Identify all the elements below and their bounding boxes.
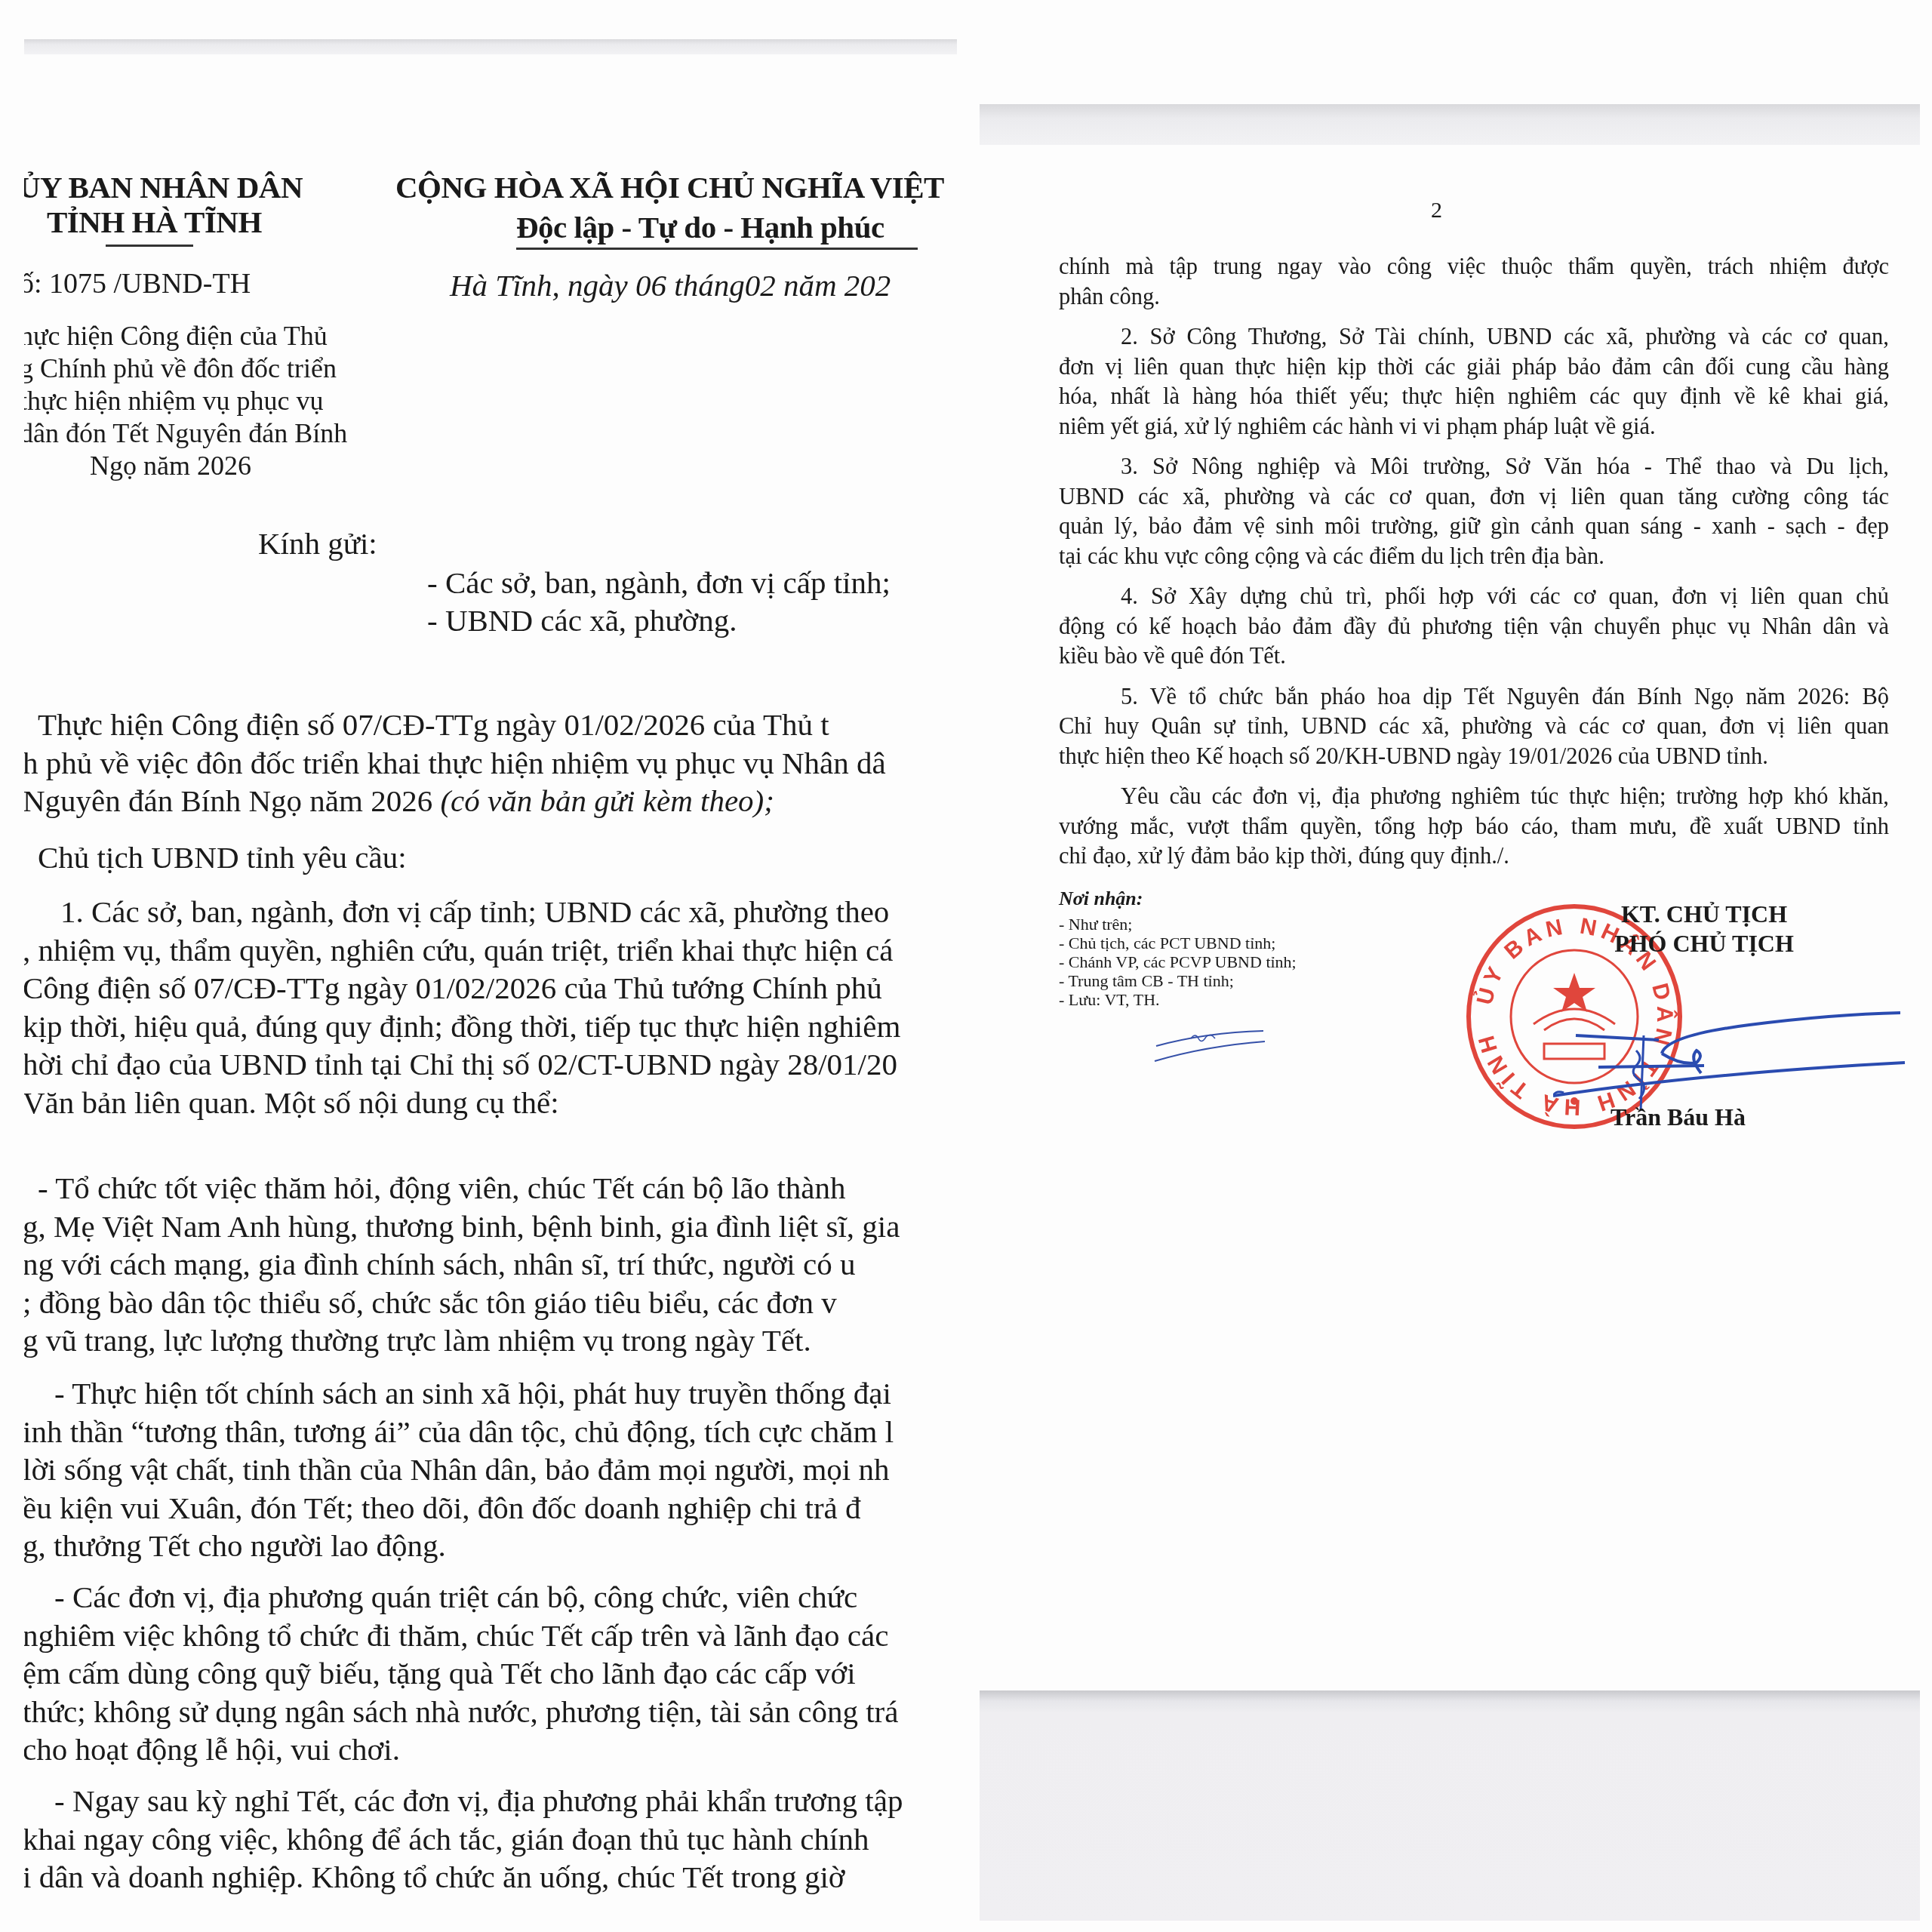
- issuer-underline: [106, 245, 193, 247]
- issuer-province: TỈNH HÀ TĨNH: [47, 204, 262, 240]
- document-number: ố: 1075 /UBND-TH: [24, 267, 251, 300]
- page-number: 2: [1431, 198, 1442, 223]
- bullet-line: khai ngay công việc, không để ách tắc, g…: [24, 1821, 869, 1857]
- national-motto: Độc lập - Tự do - Hạnh phúc: [516, 209, 884, 245]
- bullet-line: nghiêm việc không tổ chức đi thăm, chúc …: [24, 1617, 888, 1654]
- bullet-line: - Ngay sau kỳ nghỉ Tết, các đơn vị, địa …: [54, 1783, 903, 1819]
- subject-line: dân đón Tết Nguyên đán Bính: [24, 417, 367, 450]
- bullet-line: g vũ trang, lực lượng thường trực làm nh…: [24, 1322, 811, 1358]
- item1-line: Công điện số 07/CĐ-TTg ngày 01/02/2026 c…: [24, 970, 882, 1006]
- document-subject: hực hiện Công điện của Thủg Chính phủ về…: [24, 320, 367, 482]
- bullet-line: - Thực hiện tốt chính sách an sinh xã hộ…: [54, 1375, 891, 1411]
- recipient-item: - Trung tâm CB - TH tỉnh;: [1059, 971, 1297, 990]
- paragraph-line: chính mà tập trung ngay vào công việc th…: [1059, 252, 1889, 282]
- item1-line: , nhiệm vụ, thẩm quyền, nghiên cứu, quán…: [24, 932, 893, 968]
- paragraph-line: 5. Về tổ chức bắn pháo hoa dịp Tết Nguyê…: [1059, 682, 1889, 712]
- paragraph-line: quản lý, bảo đảm vệ sinh môi trường, giữ…: [1059, 512, 1889, 542]
- signer-title-line1: KT. CHỦ TỊCH: [1591, 900, 1817, 929]
- national-title: CỘNG HÒA XÃ HỘI CHỦ NGHĨA VIỆT: [395, 169, 944, 205]
- bullet-line: i dân và doanh nghiệp. Không tổ chức ăn …: [24, 1859, 845, 1895]
- bullet-line: ệm cấm dùng công quỹ biếu, tặng quà Tết …: [24, 1655, 856, 1691]
- attachment-note: (có văn bản gửi kèm theo);: [440, 783, 774, 818]
- subject-line: g Chính phủ về đôn đốc triển: [24, 352, 367, 385]
- document-page-2: 2 chính mà tập trung ngay vào công việc …: [980, 145, 1920, 1690]
- bullet-line: g, thưởng Tết cho người lao động.: [24, 1527, 446, 1564]
- subject-line: thực hiện nhiệm vụ phục vụ: [24, 385, 367, 417]
- motto-underline: [516, 248, 918, 250]
- paragraph-line: thực hiện theo Kế hoạch số 20/KH-UBND ng…: [1059, 742, 1889, 772]
- place-and-date: Hà Tĩnh, ngày 06 tháng02 năm 202: [450, 267, 891, 303]
- bullet-line: lời sống vật chất, tinh thần của Nhân dâ…: [24, 1451, 889, 1487]
- paragraph-line: chỉ đạo, xử lý đảm bảo kịp thời, đúng qu…: [1059, 841, 1889, 872]
- paragraph-line: kiều bào về quê đón Tết.: [1059, 641, 1889, 672]
- issuer-name: ỦY BAN NHÂN DÂN: [24, 169, 303, 205]
- recipient-item: - Chánh VP, các PCVP UBND tỉnh;: [1059, 952, 1297, 971]
- item1-line: kịp thời, hiệu quả, đúng quy định; đồng …: [24, 1008, 900, 1044]
- bullet-line: ; đồng bào dân tộc thiểu số, chức sắc tô…: [24, 1284, 837, 1321]
- recipient-1: - Các sở, ban, ngành, đơn vị cấp tỉnh;: [427, 565, 891, 601]
- document-page-1: ỦY BAN NHÂN DÂN TỈNH HÀ TĨNH CỘNG HÒA XÃ…: [24, 54, 957, 1932]
- recipients-heading: Nơi nhận:: [1059, 888, 1143, 910]
- paragraph-line: tại các khu vực công cộng và các điểm du…: [1059, 542, 1889, 572]
- paragraph-line: 3. Sở Nông nghiệp và Môi trường, Sở Văn …: [1059, 452, 1889, 482]
- recipient-item: - Như trên;: [1059, 915, 1297, 934]
- paragraph-line: đơn vị liên quan thực hiện kịp thời các …: [1059, 352, 1889, 383]
- intro-line: h phủ về việc đôn đốc triển khai thực hi…: [24, 745, 886, 781]
- paragraph-line: hóa, nhất là hàng hóa thiết yếu; thực hi…: [1059, 382, 1889, 412]
- signer-title: KT. CHỦ TỊCH PHÓ CHỦ TỊCH: [1591, 900, 1817, 958]
- bullet-line: ng với cách mạng, gia đình chính sách, n…: [24, 1246, 855, 1282]
- paragraph-line: Yêu cầu các đơn vị, địa phương nghiêm tú…: [1059, 782, 1889, 812]
- request-line: Chủ tịch UBND tỉnh yêu cầu:: [38, 839, 407, 875]
- item1-line: hời chỉ đạo của UBND tỉnh tại Chỉ thị số…: [24, 1046, 897, 1082]
- bullet-line: - Tổ chức tốt việc thăm hỏi, động viên, …: [38, 1170, 845, 1206]
- page-edge-shadow-left: [24, 39, 957, 54]
- intro-line: Nguyên đán Bính Ngọ năm 2026 (có văn bản…: [24, 783, 774, 819]
- initials-signature: [1153, 1028, 1266, 1066]
- page-edge-shadow-right: [980, 104, 1920, 145]
- paragraph-line: 4. Sở Xây dựng chủ trì, phối hợp với các…: [1059, 582, 1889, 612]
- bullet-line: g, Mẹ Việt Nam Anh hùng, thương binh, bệ…: [24, 1208, 900, 1244]
- bullet-line: ều kiện vui Xuân, đón Tết; theo dõi, đôn…: [24, 1490, 861, 1526]
- recipient-2: - UBND các xã, phường.: [427, 602, 737, 638]
- subject-line: Ngọ năm 2026: [24, 450, 367, 482]
- recipient-item: - Lưu: VT, TH.: [1059, 990, 1297, 1009]
- recipient-item: - Chủ tịch, các PCT UBND tỉnh;: [1059, 934, 1297, 952]
- paragraph-line: động có kế hoạch bảo đảm đầy đủ phương t…: [1059, 612, 1889, 642]
- paragraph-line: UBND các xã, phường và các cơ quan, đơn …: [1059, 482, 1889, 512]
- bullet-line: cho hoạt động lễ hội, vui chơi.: [24, 1731, 400, 1767]
- page-gap-background: [980, 1690, 1920, 1921]
- item1-line: Văn bản liên quan. Một số nội dung cụ th…: [24, 1084, 559, 1121]
- recipients-list: - Như trên;- Chủ tịch, các PCT UBND tỉnh…: [1059, 915, 1297, 1009]
- signer-name: Trần Báu Hà: [1611, 1103, 1746, 1131]
- greeting: Kính gửi:: [258, 525, 377, 561]
- paragraph-line: vướng mắc, vượt thẩm quyền, tổng hợp báo…: [1059, 812, 1889, 842]
- paragraph-line: niêm yết giá, xử lý nghiêm các hành vi v…: [1059, 412, 1889, 442]
- paragraph-line: phân công.: [1059, 282, 1889, 312]
- bullet-line: inh thần “tương thân, tương ái” của dân …: [24, 1414, 894, 1450]
- subject-line: hực hiện Công điện của Thủ: [24, 320, 367, 352]
- paragraph-line: 2. Sở Công Thương, Sở Tài chính, UBND cá…: [1059, 322, 1889, 352]
- bullet-line: thức; không sử dụng ngân sách nhà nước, …: [24, 1694, 898, 1730]
- intro-line: Thực hiện Công điện số 07/CĐ-TTg ngày 01…: [38, 706, 829, 743]
- paragraph-line: Chỉ huy Quân sự tỉnh, UBND các xã, phườn…: [1059, 712, 1889, 742]
- item1-line: 1. Các sở, ban, ngành, đơn vị cấp tỉnh; …: [60, 894, 889, 930]
- signer-title-line2: PHÓ CHỦ TỊCH: [1591, 929, 1817, 958]
- bullet-line: - Các đơn vị, địa phương quán triệt cán …: [54, 1579, 857, 1615]
